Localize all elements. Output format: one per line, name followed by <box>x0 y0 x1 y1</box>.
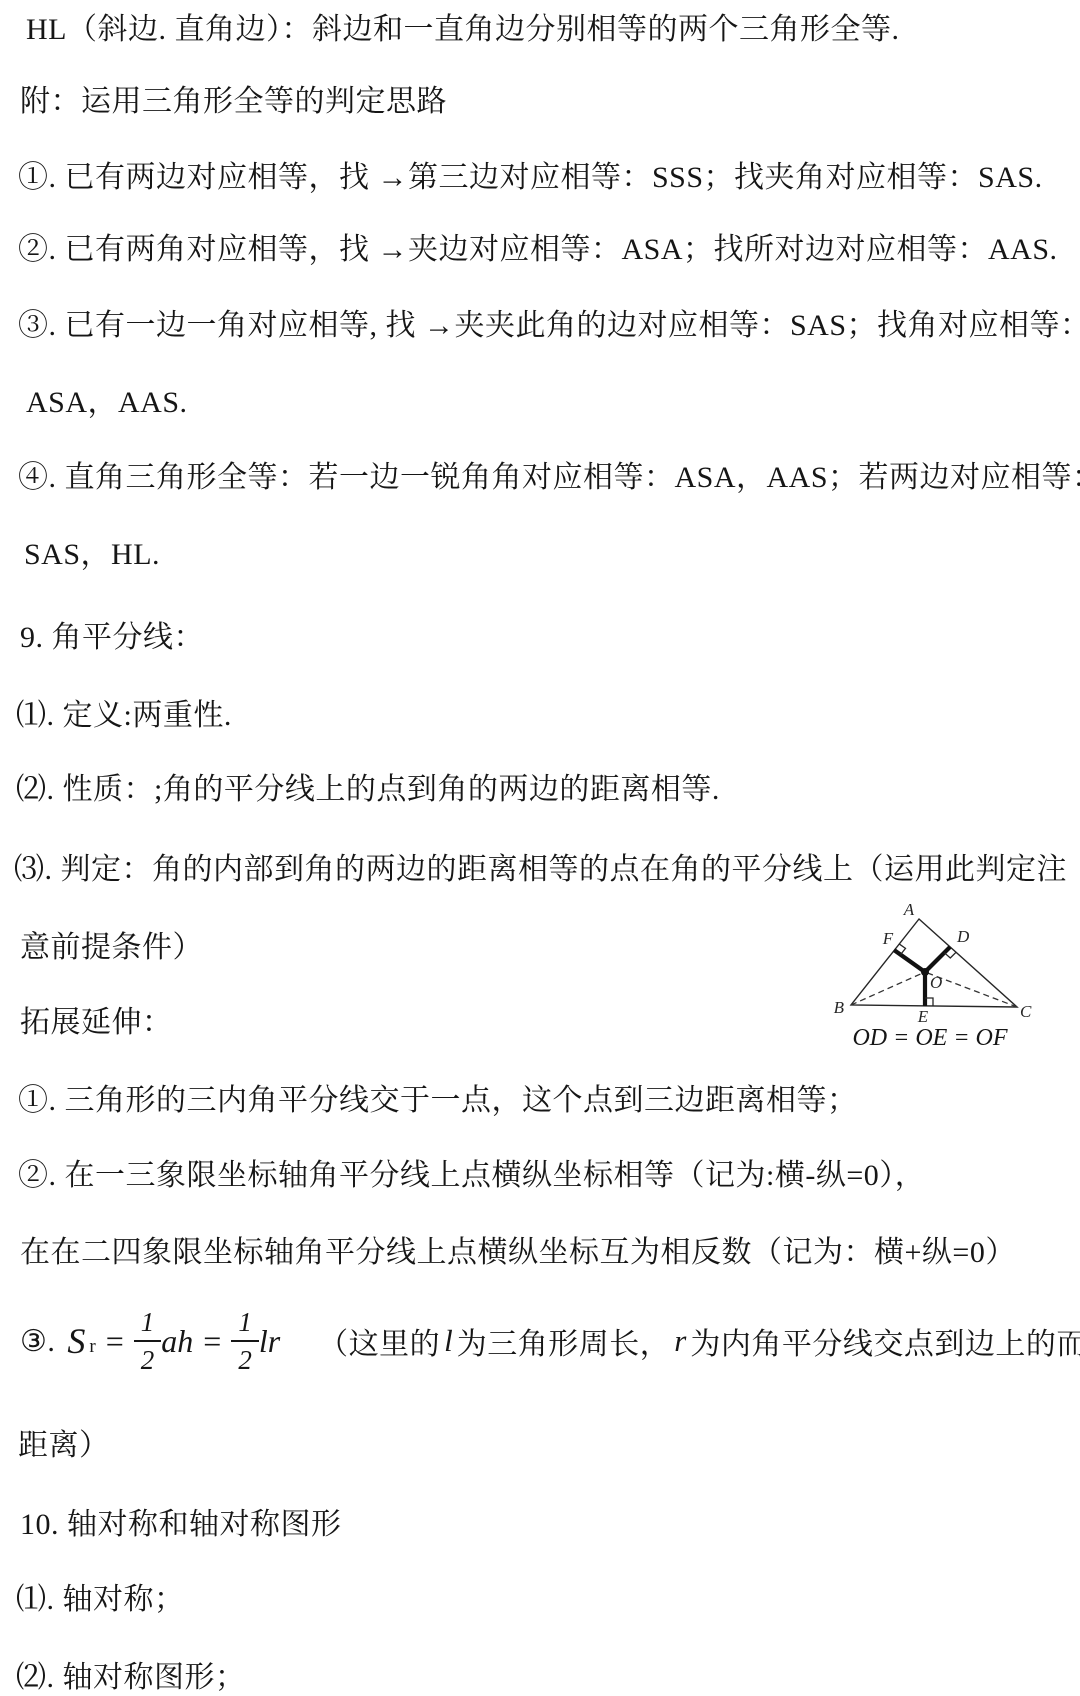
label-A: A <box>903 900 915 919</box>
sub-2-property: ⑵. 性质：;角的平分线上的点到角的两边的距离相等. <box>16 772 720 808</box>
sub-1-definition: ⑴. 定义:两重性. <box>16 698 232 734</box>
equals-sign: = <box>106 1323 124 1360</box>
sub-3-judgment: ⑶. 判定：角的内部到角的两边的距离相等的点在角的平分线上（运用此判定注 <box>14 852 1067 888</box>
perimeter-variable: l <box>444 1323 453 1359</box>
section-9-heading: 9. 角平分线： <box>20 620 204 656</box>
figure-caption: OD = OE = OF <box>852 1025 1007 1051</box>
item-number: ③. <box>20 1324 55 1359</box>
label-B: B <box>834 998 845 1017</box>
angle-bisector-from-C-dashed <box>894 950 1017 1007</box>
fraction-denominator: 2 <box>141 1342 155 1374</box>
incenter-dot <box>921 968 929 976</box>
label-C: C <box>1020 1002 1032 1021</box>
area-symbol: S <box>67 1320 85 1362</box>
section-10-heading: 10. 轴对称和轴对称图形 <box>20 1507 342 1543</box>
ext-item-2-continued: 在在二四象限坐标轴角平分线上点横纵坐标互为相反数（记为：横+纵=0） <box>20 1235 1016 1271</box>
incenter-figure-svg: A F D O B E C OD = OE = OF <box>780 885 1080 1065</box>
label-O: O <box>930 973 942 992</box>
ext-item-3-formula: ③. S r = 1 2 ah = 1 2 lr （这里的 l 为三角形周长， … <box>20 1308 1080 1375</box>
ext-item-1: ①. 三角形的三内角平分线交于一点，这个点到三边距离相等； <box>18 1083 858 1119</box>
fraction-one-half: 1 2 <box>134 1308 162 1375</box>
note-heading: 附：运用三角形全等的判定思路 <box>20 84 447 120</box>
fraction-numerator: 1 <box>134 1308 162 1342</box>
item-3-side-angle: ③. 已有一边一角对应相等, 找 →夹夹此角的边对应相等：SAS；找角对应相等： <box>18 308 1080 344</box>
area-subscript: r <box>89 1336 95 1358</box>
ext-item-3-continued: 距离） <box>18 1428 110 1464</box>
label-D: D <box>956 927 970 946</box>
formula-note-end: 为内角平分线交点到边上的而 <box>690 1319 1080 1363</box>
inradius-variable: r <box>674 1323 686 1359</box>
item-2-two-angles: ②. 已有两角对应相等，找 →夹边对应相等：ASA；找所对边对应相等：AAS. <box>18 232 1058 268</box>
sub-3-continued: 意前提条件） <box>20 930 203 966</box>
sub-2-axis-symmetric-figure: ⑵. 轴对称图形； <box>16 1660 246 1696</box>
item-4-continued: SAS，HL. <box>24 537 160 573</box>
hl-rule-line: HL（斜边. 直角边）：斜边和一直角边分别相等的两个三角形全等. <box>26 12 900 48</box>
item-4-right-triangle: ④. 直角三角形全等：若一边一锐角角对应相等：ASA，AAS；若两边对应相等： <box>18 460 1080 496</box>
item-3-continued: ASA，AAS. <box>26 385 188 421</box>
term-ah: ah <box>161 1323 193 1360</box>
equals-sign: = <box>203 1323 221 1360</box>
item-1-two-sides: ①. 已有两边对应相等，找 →第三边对应相等：SSS；找夹角对应相等：SAS. <box>18 160 1043 196</box>
ext-item-2: ②. 在一三象限坐标轴角平分线上点横纵坐标相等（记为:横-纵=0）， <box>18 1158 925 1194</box>
label-E: E <box>917 1007 929 1026</box>
incenter-figure: A F D O B E C OD = OE = OF <box>780 885 1080 1065</box>
extension-heading: 拓展延伸： <box>20 1005 173 1041</box>
term-lr: lr <box>259 1323 280 1360</box>
fraction-denominator: 2 <box>238 1342 252 1374</box>
sub-1-axis-symmetry: ⑴. 轴对称； <box>16 1582 185 1618</box>
document-page: HL（斜边. 直角边）：斜边和一直角边分别相等的两个三角形全等. 附：运用三角形… <box>0 0 1080 1696</box>
fraction-one-half: 1 2 <box>231 1308 259 1375</box>
fraction-numerator: 1 <box>231 1308 259 1342</box>
formula-note-mid: 为三角形周长， <box>457 1319 671 1363</box>
label-F: F <box>882 929 894 948</box>
formula-note-open: （这里的 <box>318 1319 440 1363</box>
